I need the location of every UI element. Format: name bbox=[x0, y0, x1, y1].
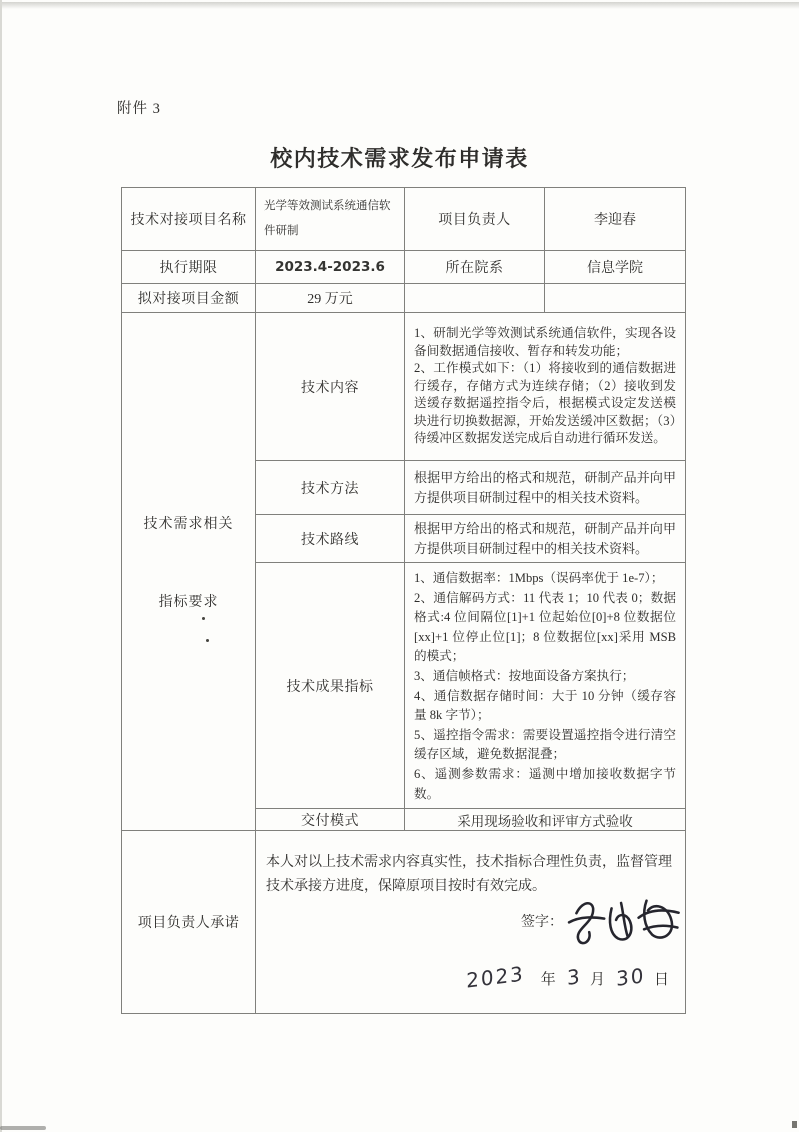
row-project-amount: 拟对接项目金额 29 万元 bbox=[122, 284, 686, 313]
indicator-item: 1、通信数据率：1Mbps（误码率优于 1e-7）； bbox=[414, 569, 676, 589]
delivery-mode-label: 交付模式 bbox=[256, 809, 405, 831]
handwritten-day: 30 bbox=[616, 963, 646, 991]
row-tech-content: 技术需求相关 指标要求 技术内容 1、研制光学等效测试系统通信软件，实现各设备间… bbox=[122, 313, 686, 461]
empty-cell bbox=[405, 284, 545, 313]
tech-result-indicators-value: 1、通信数据率：1Mbps（误码率优于 1e-7）； 2、通信解码方式：11 代… bbox=[405, 563, 686, 809]
leader-commitment-cell: 本人对以上技术需求内容真实性，技术指标合理性负责，监督管理技术承接方进度，保障原… bbox=[256, 831, 686, 1014]
project-name-value: 光学等效测试系统通信软件研制 bbox=[256, 188, 405, 251]
row-leader-commitment: 项目负责人承诺 本人对以上技术需求内容真实性，技术指标合理性负责，监督管理技术承… bbox=[122, 831, 686, 1014]
requirement-group-title: 技术需求相关 bbox=[122, 513, 255, 533]
scan-smudge bbox=[792, 1121, 797, 1128]
tech-content-item: 1、研制光学等效测试系统通信软件，实现各设备间数据通信接收、暂存和转发功能； bbox=[414, 325, 676, 360]
attachment-label: 附件 3 bbox=[117, 97, 161, 118]
row-execution-period: 执行期限 2023.4-2023.6 所在院系 信息学院 bbox=[122, 251, 686, 284]
department-value: 信息学院 bbox=[545, 251, 686, 284]
row-project-name: 技术对接项目名称 光学等效测试系统通信软件研制 项目负责人 李迎春 bbox=[122, 188, 686, 251]
application-form-table: 技术对接项目名称 光学等效测试系统通信软件研制 项目负责人 李迎春 执行期限 2… bbox=[121, 187, 686, 1014]
scan-edge-artifact bbox=[0, 2, 799, 9]
tech-method-text: 根据甲方给出的格式和规范，研制产品并向甲方提供项目研制过程中的相关技术资料。 bbox=[414, 468, 676, 507]
year-unit: 年 bbox=[541, 972, 558, 988]
requirement-group-subtitle: 指标要求 bbox=[122, 591, 255, 611]
ink-dot bbox=[206, 639, 209, 642]
day-unit: 日 bbox=[654, 972, 671, 988]
scanned-document-page: 附件 3 校内技术需求发布申请表 技术对接项目名称 光学等效测试系统通信软件研制… bbox=[0, 0, 799, 1132]
document-title: 校内技术需求发布申请表 bbox=[0, 142, 799, 173]
ink-dot bbox=[202, 617, 205, 620]
scan-smudge bbox=[0, 1126, 46, 1130]
execution-period-label: 执行期限 bbox=[122, 251, 256, 284]
handwritten-month: 3 bbox=[566, 964, 581, 990]
commitment-text: 本人对以上技术需求内容真实性，技术指标合理性负责，监督管理技术承接方进度，保障原… bbox=[256, 831, 685, 898]
signature-row: 签字： bbox=[521, 895, 683, 947]
leader-commitment-label: 项目负责人承诺 bbox=[122, 831, 256, 1014]
tech-content-label: 技术内容 bbox=[256, 313, 405, 461]
tech-result-indicators-label: 技术成果指标 bbox=[256, 563, 405, 809]
project-leader-label: 项目负责人 bbox=[405, 188, 545, 251]
indicator-item: 6、遥测参数需求：遥测中增加接收数据字节数。 bbox=[414, 765, 676, 804]
tech-route-label: 技术路线 bbox=[256, 515, 405, 563]
empty-cell bbox=[545, 284, 686, 313]
indicator-item: 5、遥控指令需求：需要设置遥控指令进行清空缓存区域，避免数据混叠； bbox=[414, 726, 676, 765]
requirement-group-cell: 技术需求相关 指标要求 bbox=[122, 313, 256, 831]
tech-content-value: 1、研制光学等效测试系统通信软件，实现各设备间数据通信接收、暂存和转发功能； 2… bbox=[405, 313, 686, 461]
handwritten-year: 2023 bbox=[466, 961, 525, 992]
indicator-item: 2、通信解码方式：11 代表 1；10 代表 0；数据格式:4 位间隔位[1]+… bbox=[414, 589, 676, 667]
project-leader-value: 李迎春 bbox=[545, 188, 686, 251]
signature-date: 2023 年 3 月 30 日 bbox=[463, 965, 671, 989]
tech-method-label: 技术方法 bbox=[256, 461, 405, 515]
tech-content-item: 2、工作模式如下：（1）将接收到的通信数据进行缓存，存储方式为连续存储；（2）接… bbox=[414, 360, 676, 448]
delivery-mode-value: 采用现场验收和评审方式验收 bbox=[405, 809, 686, 831]
indicator-item: 3、通信帧格式：按地面设备方案执行； bbox=[414, 667, 676, 687]
project-amount-value: 29 万元 bbox=[256, 284, 405, 313]
tech-route-value: 根据甲方给出的格式和规范，研制产品并向甲方提供项目研制过程中的相关技术资料。 bbox=[405, 515, 686, 563]
indicator-item: 4、通信数据存储时间：大于 10 分钟（缓存容量 8k 字节）； bbox=[414, 687, 676, 726]
month-unit: 月 bbox=[590, 972, 607, 988]
project-amount-label: 拟对接项目金额 bbox=[122, 284, 256, 313]
department-label: 所在院系 bbox=[405, 251, 545, 284]
tech-route-text: 根据甲方给出的格式和规范，研制产品并向甲方提供项目研制过程中的相关技术资料。 bbox=[414, 519, 676, 558]
project-name-label: 技术对接项目名称 bbox=[122, 188, 256, 251]
execution-period-value: 2023.4-2023.6 bbox=[256, 251, 405, 284]
signature-handwriting-icon bbox=[564, 892, 685, 950]
tech-method-value: 根据甲方给出的格式和规范，研制产品并向甲方提供项目研制过程中的相关技术资料。 bbox=[405, 461, 686, 515]
signature-label: 签字： bbox=[521, 911, 563, 931]
